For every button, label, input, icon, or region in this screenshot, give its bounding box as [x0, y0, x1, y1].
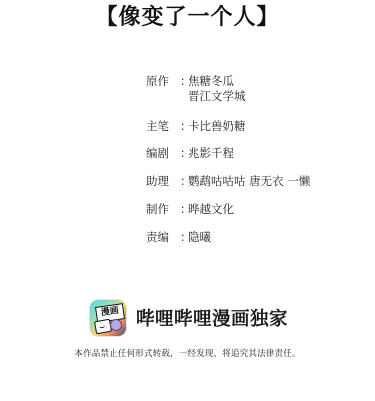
- credit-label: 编剧: [146, 146, 180, 161]
- orb-icon: [110, 319, 122, 331]
- credit-value: 晔越文化: [188, 202, 234, 217]
- credit-row-production: 制作 ： 晔越文化: [146, 202, 234, 217]
- credit-colon: ：: [180, 230, 188, 245]
- credit-label: 助理: [146, 174, 180, 189]
- credit-row-editor: 责编 ： 隐曦: [146, 230, 211, 245]
- credit-colon: ：: [180, 174, 188, 189]
- credit-label: 责编: [146, 230, 180, 245]
- credit-value: 隐曦: [188, 230, 211, 245]
- credit-values: 卡比兽奶糖: [188, 119, 246, 134]
- credit-value: 兆影千程: [188, 146, 234, 161]
- credit-row-original-author: 原作 ： 焦糖冬瓜 晋江文学城: [146, 74, 246, 104]
- chapter-title: 【像变了一个人】: [0, 4, 375, 32]
- brand-block: 漫画 哔哩哔哩漫画独家: [90, 300, 288, 336]
- credit-colon: ：: [180, 202, 188, 217]
- credit-value: 卡比兽奶糖: [188, 119, 246, 134]
- brand-name: 哔哩哔哩漫画独家: [136, 305, 288, 331]
- credit-value: 晋江文学城: [188, 89, 246, 104]
- credit-values: 晔越文化: [188, 202, 234, 217]
- bilibili-comics-logo-icon: 漫画: [90, 300, 126, 336]
- credit-row-screenwriter: 编剧 ： 兆影千程: [146, 146, 234, 161]
- credit-row-assistants: 助理 ： 鹦鹉咕咕咕 唐无衣 一懒: [146, 174, 310, 189]
- credit-values: 兆影千程: [188, 146, 234, 161]
- credit-label: 主笔: [146, 119, 180, 134]
- credit-value: 焦糖冬瓜: [188, 74, 246, 89]
- credit-values: 焦糖冬瓜 晋江文学城: [188, 74, 246, 104]
- credit-values: 隐曦: [188, 230, 211, 245]
- credit-row-lead-artist: 主笔 ： 卡比兽奶糖: [146, 119, 246, 134]
- credit-colon: ：: [180, 146, 188, 161]
- credit-values: 鹦鹉咕咕咕 唐无衣 一懒: [188, 174, 310, 189]
- credit-label: 原作: [146, 74, 180, 104]
- credit-value: 鹦鹉咕咕咕 唐无衣 一懒: [188, 174, 310, 189]
- credit-colon: ：: [180, 74, 188, 104]
- credit-colon: ：: [180, 119, 188, 134]
- copyright-notice: 本作品禁止任何形式转载，一经发现，将追究其法律责任。: [0, 347, 375, 359]
- credit-label: 制作: [146, 202, 180, 217]
